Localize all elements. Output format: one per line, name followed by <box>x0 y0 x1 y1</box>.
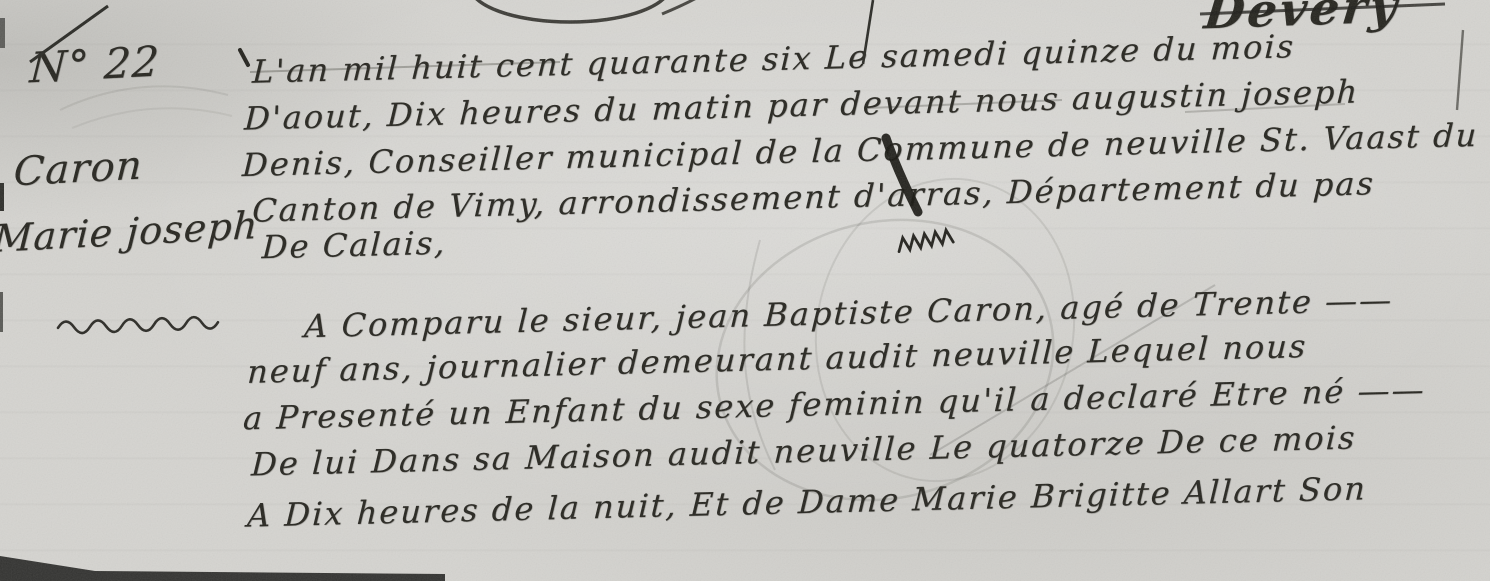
margin-given-names: Marie joseph <box>0 203 260 261</box>
margin-surname: Caron <box>13 143 144 196</box>
top-right-cutoff-word: Devery <box>1202 0 1403 39</box>
manuscript-line-5: De Calais, <box>261 224 447 266</box>
scanned-register-page: N° 22 Caron Marie joseph L'an mil huit c… <box>0 0 1490 581</box>
margin-record-number: N° 22 <box>28 37 161 93</box>
